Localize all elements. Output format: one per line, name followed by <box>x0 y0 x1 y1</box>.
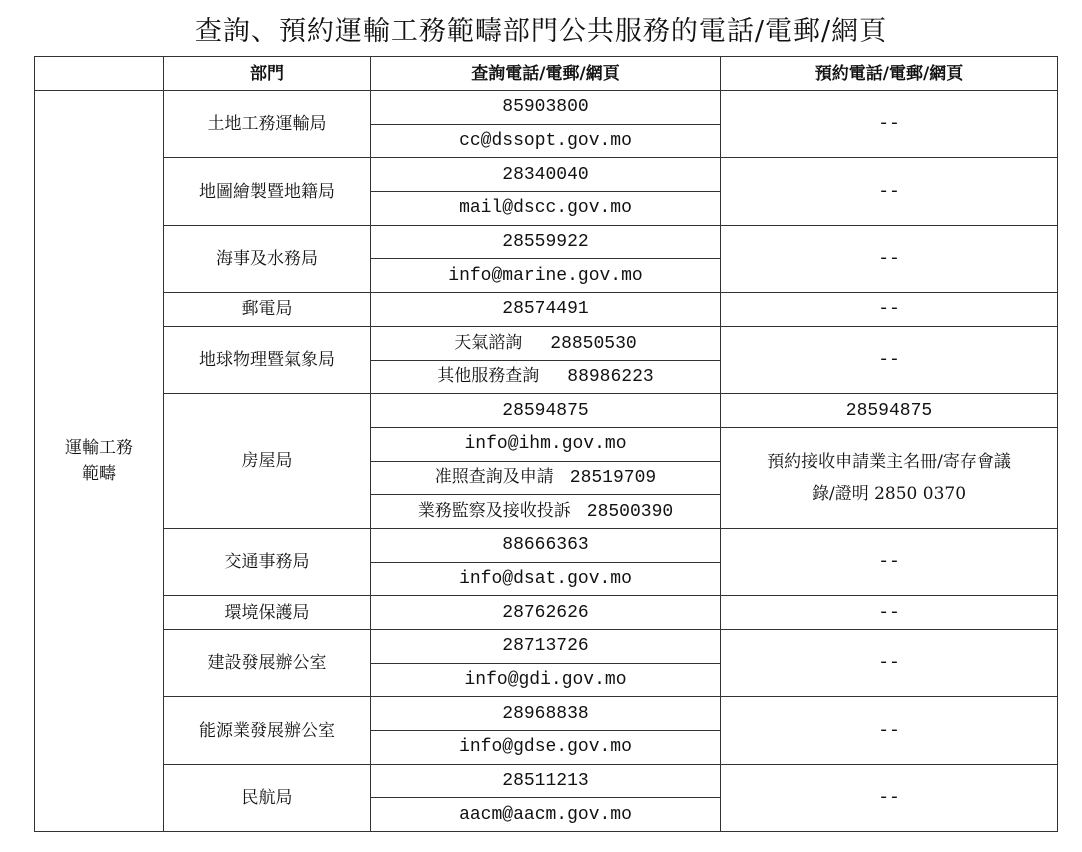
department-name: 交通事務局 <box>164 528 371 595</box>
department-name: 建設發展辦公室 <box>164 630 371 697</box>
category-cell: 運輸工務 範疇 <box>35 91 164 832</box>
inquiry-email[interactable]: cc@dssopt.gov.mo <box>371 124 721 158</box>
inquiry-phone: 85903800 <box>371 91 721 125</box>
inquiry-email[interactable]: info@ihm.gov.mo <box>371 427 721 461</box>
table-row: 房屋局 28594875 28594875 <box>35 394 1058 428</box>
table-row: 能源業發展辦公室 28968838 -- <box>35 697 1058 731</box>
booking-note-line2: 錄/證明 2850 0370 <box>727 478 1051 510</box>
inquiry-labeled-phone: 業務監察及接收投訴28500390 <box>371 495 721 529</box>
department-name: 民航局 <box>164 764 371 831</box>
department-name: 地圖繪製暨地籍局 <box>164 158 371 225</box>
inquiry-labeled-phone: 准照查詢及申請28519709 <box>371 461 721 495</box>
table-row: 環境保護局 28762626 -- <box>35 596 1058 630</box>
inquiry-phone: 28574491 <box>371 293 721 327</box>
contact-table: 部門 查詢電話/電郵/網頁 預約電話/電郵/網頁 運輸工務 範疇 土地工務運輸局… <box>34 56 1058 832</box>
booking-cell: -- <box>721 630 1058 697</box>
inquiry-email[interactable]: aacm@aacm.gov.mo <box>371 798 721 832</box>
inquiry-email[interactable]: info@gdi.gov.mo <box>371 663 721 697</box>
booking-cell: -- <box>721 225 1058 292</box>
inquiry-phone: 88666363 <box>371 528 721 562</box>
department-name: 能源業發展辦公室 <box>164 697 371 764</box>
booking-phone: 28594875 <box>721 394 1058 428</box>
header-department: 部門 <box>164 57 371 91</box>
booking-cell: -- <box>721 293 1058 327</box>
department-name: 環境保護局 <box>164 596 371 630</box>
inquiry-email[interactable]: info@gdse.gov.mo <box>371 731 721 765</box>
phone-label: 業務監察及接收投訴 <box>418 501 571 521</box>
inquiry-phone: 28511213 <box>371 764 721 798</box>
phone-number: 28850530 <box>550 334 636 354</box>
table-row: 建設發展辦公室 28713726 -- <box>35 630 1058 664</box>
booking-cell: -- <box>721 91 1058 158</box>
booking-cell: -- <box>721 697 1058 764</box>
booking-cell: -- <box>721 764 1058 831</box>
booking-cell: -- <box>721 326 1058 393</box>
table-row: 海事及水務局 28559922 -- <box>35 225 1058 259</box>
header-category <box>35 57 164 91</box>
inquiry-email[interactable]: info@dsat.gov.mo <box>371 562 721 596</box>
inquiry-labeled-phone: 其他服務查詢88986223 <box>371 360 721 394</box>
booking-cell: -- <box>721 158 1058 225</box>
department-name: 土地工務運輸局 <box>164 91 371 158</box>
booking-cell: -- <box>721 528 1058 595</box>
inquiry-phone: 28713726 <box>371 630 721 664</box>
header-inquiry: 查詢電話/電郵/網頁 <box>371 57 721 91</box>
phone-label: 准照查詢及申請 <box>435 467 554 487</box>
phone-number: 88986223 <box>567 367 653 387</box>
inquiry-phone: 28968838 <box>371 697 721 731</box>
inquiry-phone: 28340040 <box>371 158 721 192</box>
phone-label: 其他服務查詢 <box>437 366 539 386</box>
phone-label: 天氣諮詢 <box>454 333 522 353</box>
page-title: 查詢、預約運輸工務範疇部門公共服務的電話/電郵/網頁 <box>0 14 1082 50</box>
inquiry-phone: 28594875 <box>371 394 721 428</box>
department-name: 郵電局 <box>164 293 371 327</box>
inquiry-email[interactable]: mail@dscc.gov.mo <box>371 192 721 226</box>
table-row: 民航局 28511213 -- <box>35 764 1058 798</box>
header-row: 部門 查詢電話/電郵/網頁 預約電話/電郵/網頁 <box>35 57 1058 91</box>
booking-note-line1: 預約接收申請業主名冊/寄存會議 <box>727 446 1051 478</box>
category-label-line2: 範疇 <box>35 461 163 487</box>
department-name: 海事及水務局 <box>164 225 371 292</box>
booking-cell: -- <box>721 596 1058 630</box>
category-label-line1: 運輸工務 <box>35 435 163 461</box>
table-row: 地圖繪製暨地籍局 28340040 -- <box>35 158 1058 192</box>
inquiry-labeled-phone: 天氣諮詢28850530 <box>371 326 721 360</box>
header-booking: 預約電話/電郵/網頁 <box>721 57 1058 91</box>
inquiry-phone: 28762626 <box>371 596 721 630</box>
phone-number: 28500390 <box>587 502 673 522</box>
inquiry-phone: 28559922 <box>371 225 721 259</box>
phone-number: 28519709 <box>570 468 656 488</box>
table-row: 交通事務局 88666363 -- <box>35 528 1058 562</box>
booking-note: 預約接收申請業主名冊/寄存會議 錄/證明 2850 0370 <box>721 427 1058 528</box>
inquiry-email[interactable]: info@marine.gov.mo <box>371 259 721 293</box>
table-row: 郵電局 28574491 -- <box>35 293 1058 327</box>
table-row: 地球物理暨氣象局 天氣諮詢28850530 -- <box>35 326 1058 360</box>
department-name: 地球物理暨氣象局 <box>164 326 371 393</box>
department-name: 房屋局 <box>164 394 371 529</box>
table-row: 運輸工務 範疇 土地工務運輸局 85903800 -- <box>35 91 1058 125</box>
